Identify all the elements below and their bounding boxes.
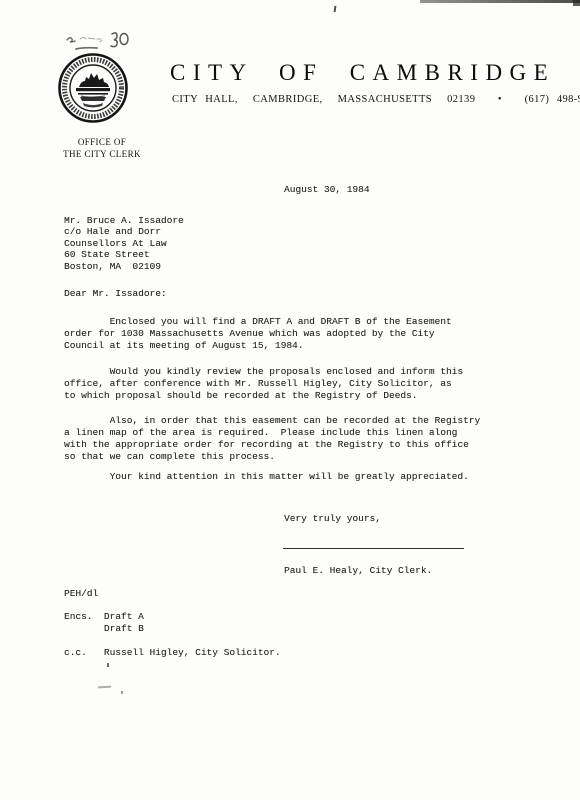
city-of-cambridge-seal xyxy=(57,52,129,124)
complimentary-closing: Very truly yours, xyxy=(284,513,381,525)
body-paragraph-2: Would you kindly review the proposals en… xyxy=(64,366,494,402)
scan-artifact-corner xyxy=(573,0,580,6)
scan-artifact-band xyxy=(420,0,580,3)
reference-initials: PEH/dl xyxy=(64,588,98,600)
handwritten-annotation xyxy=(60,27,138,55)
letterhead-title: CITY OF CAMBRIDGE xyxy=(170,60,555,86)
ink-speck xyxy=(334,6,337,12)
signature-line xyxy=(283,548,464,549)
body-paragraph-1: Enclosed you will find a DRAFT A and DRA… xyxy=(64,316,494,352)
letterhead-address-line: CITY HALL, CAMBRIDGE, MASSACHUSETTS 0213… xyxy=(172,94,580,105)
scanned-letter-page: CITY OF CAMBRIDGE CITY HALL, CAMBRIDGE, … xyxy=(0,0,580,800)
letter-date: August 30, 1984 xyxy=(284,184,370,196)
signer-name: Paul E. Healy, City Clerk. xyxy=(284,565,432,577)
body-paragraph-3: Also, in order that this easement can be… xyxy=(64,415,494,463)
pencil-mark xyxy=(98,686,111,688)
body-paragraph-4: Your kind attention in this matter will … xyxy=(64,471,494,483)
letterhead-office-label: OFFICE OF THE CITY CLERK xyxy=(43,136,161,160)
pencil-mark xyxy=(121,691,123,694)
recipient-address: Mr. Bruce A. Issadore c/o Hale and Dorr … xyxy=(64,215,184,272)
carbon-copy-note: c.c. Russell Higley, City Solicitor. xyxy=(64,647,281,659)
enclosures-note: Encs. Draft A Draft B xyxy=(64,611,144,635)
salutation: Dear Mr. Issadore: xyxy=(64,288,167,300)
pencil-mark xyxy=(107,663,109,667)
